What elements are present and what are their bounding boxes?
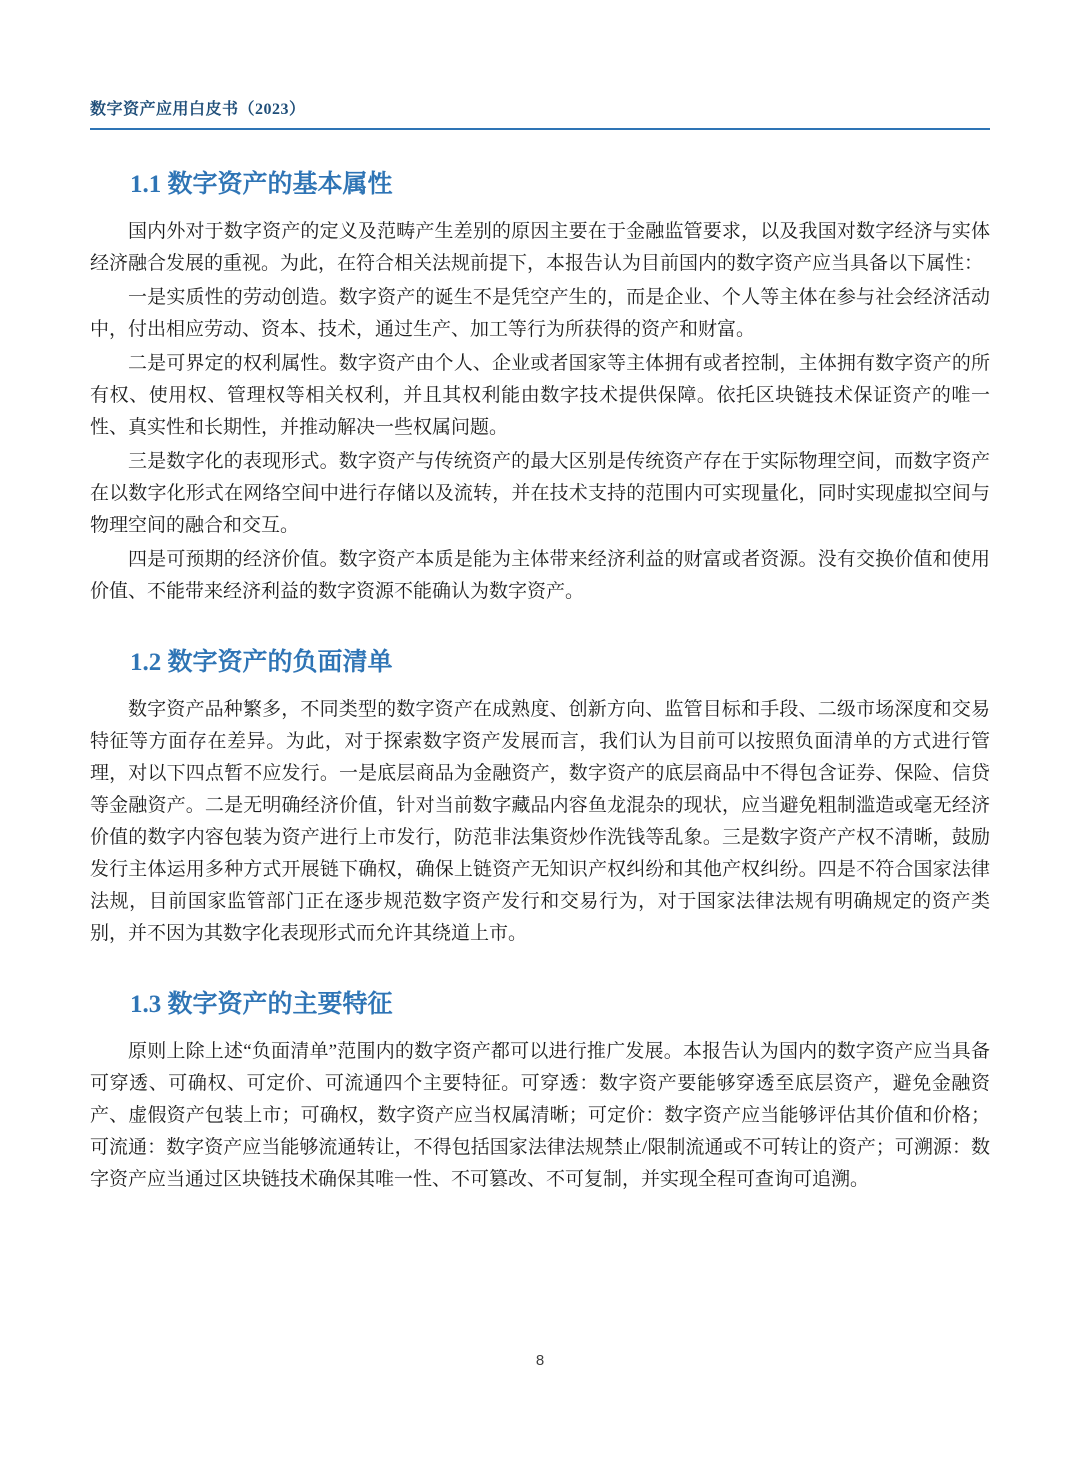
header-title: 数字资产应用白皮书（2023） bbox=[90, 96, 990, 119]
document-header: 数字资产应用白皮书（2023） bbox=[90, 96, 990, 130]
section-basic-attributes: 1.1 数字资产的基本属性 国内外对于数字资产的定义及范畴产生差别的原因主要在于… bbox=[90, 170, 990, 608]
section-heading-1-3: 1.3 数字资产的主要特征 bbox=[90, 990, 990, 1020]
document-body: 1.1 数字资产的基本属性 国内外对于数字资产的定义及范畴产生差别的原因主要在于… bbox=[90, 170, 990, 1196]
paragraph: 一是实质性的劳动创造。数字资产的诞生不是凭空产生的，而是企业、个人等主体在参与社… bbox=[90, 282, 990, 346]
section-main-features: 1.3 数字资产的主要特征 原则上除上述“负面清单”范围内的数字资产都可以进行推… bbox=[90, 990, 990, 1196]
page-number: 8 bbox=[536, 1352, 544, 1369]
document-footer: 8 bbox=[0, 1352, 1080, 1370]
paragraph: 四是可预期的经济价值。数字资产本质是能为主体带来经济利益的财富或者资源。没有交换… bbox=[90, 544, 990, 608]
section-heading-1-2: 1.2 数字资产的负面清单 bbox=[90, 648, 990, 678]
paragraph: 国内外对于数字资产的定义及范畴产生差别的原因主要在于金融监管要求，以及我国对数字… bbox=[90, 216, 990, 280]
section-negative-list: 1.2 数字资产的负面清单 数字资产品种繁多，不同类型的数字资产在成熟度、创新方… bbox=[90, 648, 990, 950]
paragraph: 原则上除上述“负面清单”范围内的数字资产都可以进行推广发展。本报告认为国内的数字… bbox=[90, 1036, 990, 1196]
paragraph: 三是数字化的表现形式。数字资产与传统资产的最大区别是传统资产存在于实际物理空间，… bbox=[90, 446, 990, 542]
paragraph: 二是可界定的权利属性。数字资产由个人、企业或者国家等主体拥有或者控制，主体拥有数… bbox=[90, 348, 990, 444]
document-page: 数字资产应用白皮书（2023） 1.1 数字资产的基本属性 国内外对于数字资产的… bbox=[0, 0, 1080, 1466]
section-heading-1-1: 1.1 数字资产的基本属性 bbox=[90, 170, 990, 200]
paragraph: 数字资产品种繁多，不同类型的数字资产在成熟度、创新方向、监管目标和手段、二级市场… bbox=[90, 694, 990, 950]
